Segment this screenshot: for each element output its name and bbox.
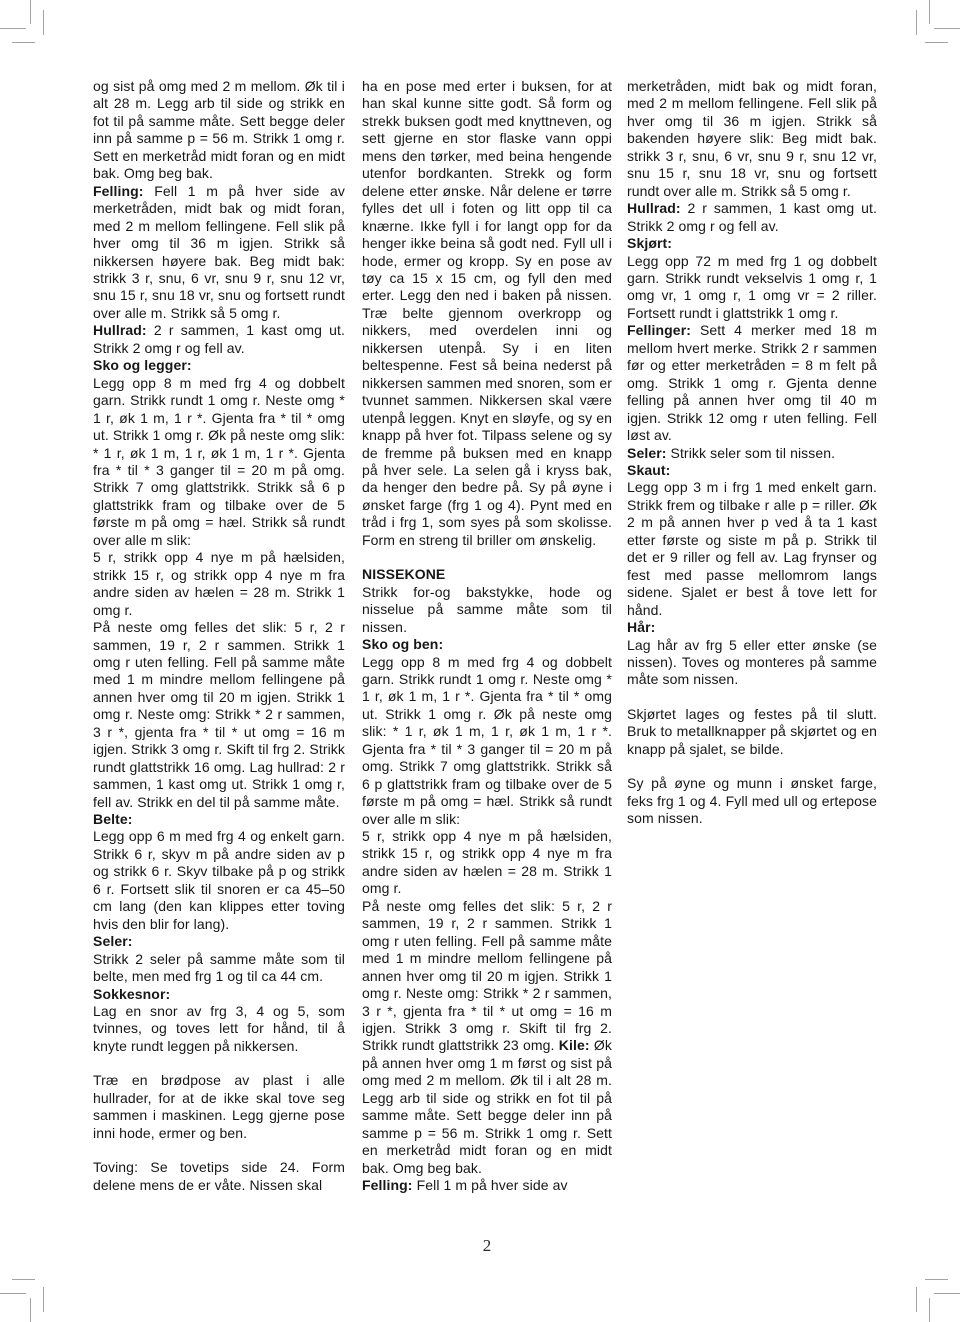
crop-mark-top-right-horizontal bbox=[934, 28, 960, 29]
bold-label: Belte: bbox=[93, 811, 133, 827]
crop-mark-bottom-right-horizontal-inner bbox=[925, 1279, 948, 1280]
text-run: Sett 4 merker med 18 m mellom hvert merk… bbox=[627, 322, 877, 443]
text-run: Legg opp 8 m med frg 4 og dobbelt garn. … bbox=[93, 375, 345, 548]
paragraph: Hullrad: 2 r sammen, 1 kast omg ut. Stri… bbox=[627, 200, 877, 235]
bold-label: Felling: bbox=[362, 1177, 413, 1193]
paragraph: Seler: Strikk seler som til nissen. bbox=[627, 445, 877, 462]
text-run: Træ en brødpose av plast i alle hullrade… bbox=[93, 1072, 345, 1140]
paragraph: Toving: Se tovetips side 24. Form delene… bbox=[93, 1159, 345, 1194]
paragraph: Sy på øyne og munn i ønsket farge, feks … bbox=[627, 775, 877, 827]
text-run: Fell 1 m på hver side av bbox=[413, 1177, 568, 1193]
paragraph: Felling: Fell 1 m på hver side av bbox=[362, 1177, 612, 1194]
crop-mark-bottom-left-horizontal-inner bbox=[12, 1279, 35, 1280]
paragraph: Hår: bbox=[627, 619, 877, 636]
text-run: Strikk for-og bakstykke, hode og nisselu… bbox=[362, 584, 612, 635]
crop-mark-top-right-vertical-inner bbox=[916, 10, 917, 35]
paragraph: Strikk for-og bakstykke, hode og nisselu… bbox=[362, 584, 612, 636]
paragraph: Legg opp 72 m med frg 1 og dobbelt garn.… bbox=[627, 253, 877, 323]
paragraph: Skaut: bbox=[627, 462, 877, 479]
paragraph: Seler: bbox=[93, 933, 345, 950]
paragraph: Skjørtet lages og festes på til slutt. B… bbox=[627, 706, 877, 758]
paragraph: På neste omg felles det slik: 5 r, 2 r s… bbox=[362, 898, 612, 1177]
paragraph: Belte: bbox=[93, 811, 345, 828]
paragraph: Lag hår av frg 5 eller etter ønske (se n… bbox=[627, 637, 877, 689]
paragraph: NISSEKONE bbox=[362, 566, 612, 583]
text-run: På neste omg felles det slik: 5 r, 2 r s… bbox=[362, 898, 612, 1054]
text-run: På neste omg felles det slik: 5 r, 2 r s… bbox=[93, 619, 345, 810]
paragraph: Strikk 2 seler på samme måte som til bel… bbox=[93, 951, 345, 986]
text-run: Legg opp 8 m med frg 4 og dobbelt garn. … bbox=[362, 654, 612, 827]
bold-label: Sko og ben: bbox=[362, 636, 443, 652]
paragraph: merketråden, midt bak og midt foran, med… bbox=[627, 78, 877, 200]
crop-mark-bottom-right-vertical-inner bbox=[916, 1287, 917, 1312]
text-run: Legg opp 6 m med frg 4 og enkelt garn. S… bbox=[93, 828, 345, 931]
bold-label: NISSEKONE bbox=[362, 566, 445, 582]
paragraph: Legg opp 8 m med frg 4 og dobbelt garn. … bbox=[93, 375, 345, 550]
bold-label: Kile: bbox=[559, 1037, 590, 1053]
page-number: 2 bbox=[362, 1236, 612, 1256]
paragraph: På neste omg felles det slik: 5 r, 2 r s… bbox=[93, 619, 345, 811]
bold-label: Hullrad: bbox=[627, 200, 681, 216]
crop-mark-top-right-horizontal-inner bbox=[925, 42, 948, 43]
paragraph: Fellinger: Sett 4 merker med 18 m mellom… bbox=[627, 322, 877, 444]
text-run: og sist på omg med 2 m mellom. Øk til i … bbox=[93, 78, 345, 181]
text-run: Strikk seler som til nissen. bbox=[667, 445, 836, 461]
text-run: Strikk 2 seler på samme måte som til bel… bbox=[93, 951, 345, 984]
paragraph: Sokkesnor: bbox=[93, 986, 345, 1003]
paragraph: Træ en brødpose av plast i alle hullrade… bbox=[93, 1072, 345, 1142]
bold-label: Sko og legger: bbox=[93, 357, 192, 373]
crop-mark-bottom-left-vertical bbox=[30, 1298, 31, 1322]
crop-mark-bottom-right-vertical bbox=[929, 1298, 930, 1322]
bold-label: Sokkesnor: bbox=[93, 986, 170, 1002]
text-run: Lag en snor av frg 3, 4 og 5, som tvinne… bbox=[93, 1003, 345, 1054]
document-page: og sist på omg med 2 m mellom. Øk til i … bbox=[0, 0, 960, 1322]
paragraph: Legg opp 6 m med frg 4 og enkelt garn. S… bbox=[93, 828, 345, 933]
paragraph: Lag en snor av frg 3, 4 og 5, som tvinne… bbox=[93, 1003, 345, 1055]
paragraph: og sist på omg med 2 m mellom. Øk til i … bbox=[93, 78, 345, 183]
text-run: ha en pose med erter i buksen, for at ha… bbox=[362, 78, 612, 548]
bold-label: Seler: bbox=[93, 933, 133, 949]
crop-mark-top-left-vertical bbox=[30, 0, 31, 24]
text-run: 5 r, strikk opp 4 nye m på hælsiden, str… bbox=[93, 549, 345, 617]
crop-mark-top-left-horizontal bbox=[0, 28, 26, 29]
paragraph: Hullrad: 2 r sammen, 1 kast omg ut. Stri… bbox=[93, 322, 345, 357]
paragraph: Felling: Fell 1 m på hver side av merket… bbox=[93, 183, 345, 323]
paragraph: Legg opp 8 m med frg 4 og dobbelt garn. … bbox=[362, 654, 612, 829]
text-run: merketråden, midt bak og midt foran, med… bbox=[627, 78, 877, 199]
crop-mark-bottom-right-horizontal bbox=[934, 1293, 960, 1294]
text-run: Skjørtet lages og festes på til slutt. B… bbox=[627, 706, 877, 757]
bold-label: Felling: bbox=[93, 183, 144, 199]
crop-mark-top-right-vertical bbox=[929, 0, 930, 24]
bold-label: Skaut: bbox=[627, 462, 670, 478]
paragraph: 5 r, strikk opp 4 nye m på hælsiden, str… bbox=[93, 549, 345, 619]
text-column-middle: ha en pose med erter i buksen, for at ha… bbox=[362, 78, 612, 1195]
text-run: 5 r, strikk opp 4 nye m på hælsiden, str… bbox=[362, 828, 612, 896]
crop-mark-top-left-horizontal-inner bbox=[12, 42, 35, 43]
text-run: Legg opp 72 m med frg 1 og dobbelt garn.… bbox=[627, 253, 877, 321]
text-run: Legg opp 3 m i frg 1 med enkelt garn. St… bbox=[627, 479, 877, 617]
text-column-left: og sist på omg med 2 m mellom. Øk til i … bbox=[93, 78, 345, 1194]
text-run: Fell 1 m på hver side av merketråden, mi… bbox=[93, 183, 345, 321]
bold-label: Fellinger: bbox=[627, 322, 691, 338]
bold-label: Seler: bbox=[627, 445, 667, 461]
bold-label: Hullrad: bbox=[93, 322, 147, 338]
paragraph: Sko og ben: bbox=[362, 636, 612, 653]
text-run: Toving: Se tovetips side 24. Form delene… bbox=[93, 1159, 345, 1192]
paragraph: Legg opp 3 m i frg 1 med enkelt garn. St… bbox=[627, 479, 877, 619]
bold-label: Hår: bbox=[627, 619, 655, 635]
paragraph: ha en pose med erter i buksen, for at ha… bbox=[362, 78, 612, 549]
paragraph: Skjørt: bbox=[627, 235, 877, 252]
text-run: Øk på annen hver omg 1 m først og sist p… bbox=[362, 1037, 612, 1175]
crop-mark-bottom-left-vertical-inner bbox=[43, 1287, 44, 1312]
text-run: Sy på øyne og munn i ønsket farge, feks … bbox=[627, 775, 877, 826]
text-run: Lag hår av frg 5 eller etter ønske (se n… bbox=[627, 637, 877, 688]
text-column-right: merketråden, midt bak og midt foran, med… bbox=[627, 78, 877, 828]
paragraph: 5 r, strikk opp 4 nye m på hælsiden, str… bbox=[362, 828, 612, 898]
crop-mark-top-left-vertical-inner bbox=[43, 10, 44, 35]
crop-mark-bottom-left-horizontal bbox=[0, 1293, 26, 1294]
bold-label: Skjørt: bbox=[627, 235, 672, 251]
paragraph: Sko og legger: bbox=[93, 357, 345, 374]
